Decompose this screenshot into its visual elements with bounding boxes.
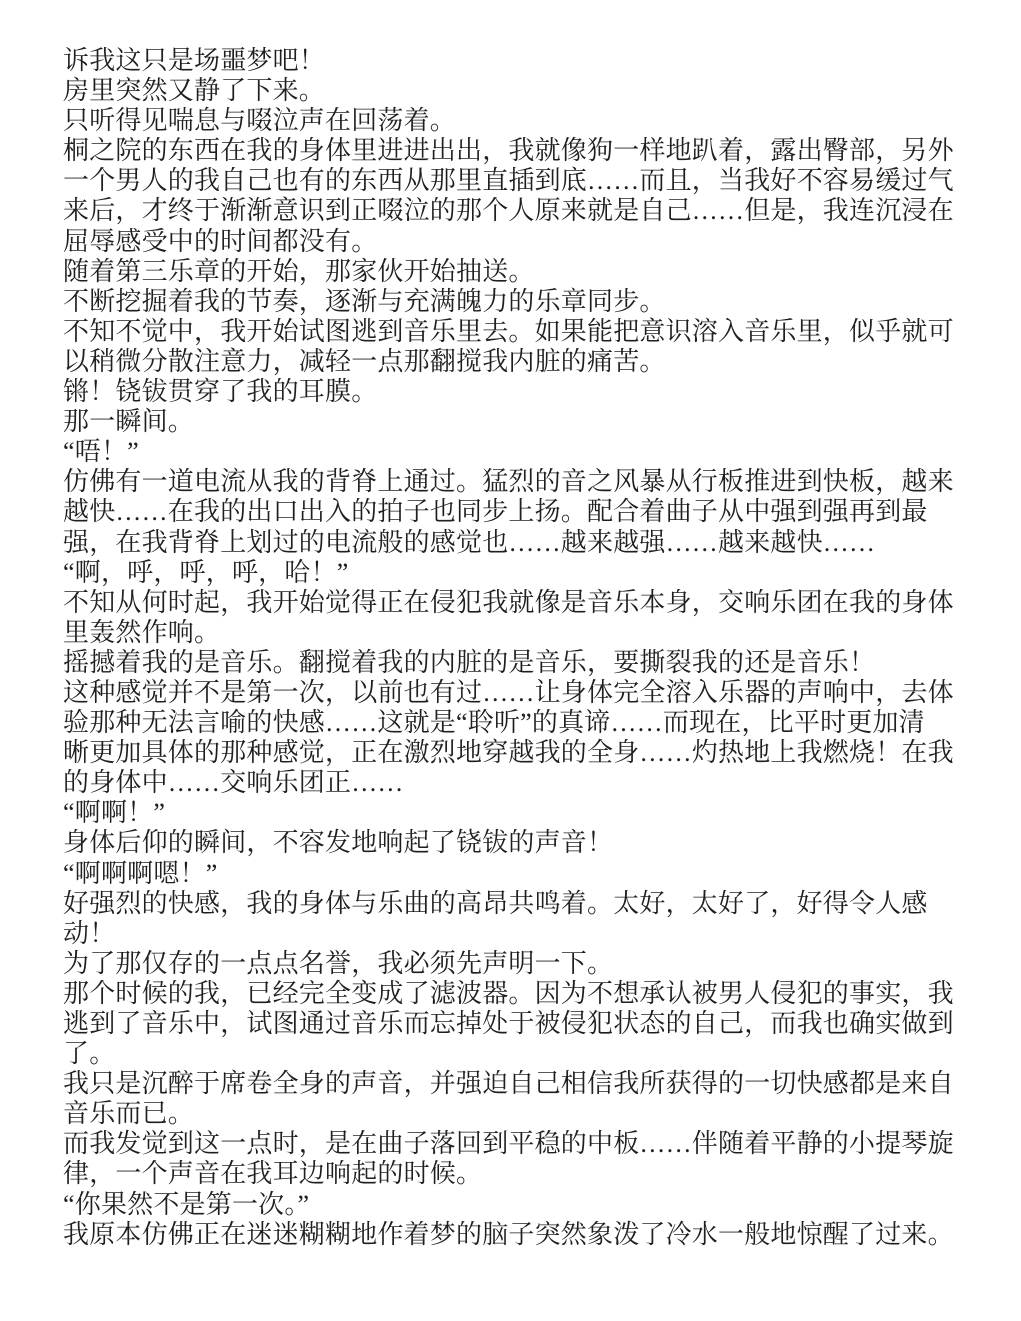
text-line: 一个男人的我自己也有的东西从那里直插到底……而且，当我好不容易缓过气 (63, 166, 973, 196)
text-line: “啊啊！” (63, 798, 973, 828)
text-line: 里轰然作响。 (63, 618, 973, 648)
text-line: 了。 (63, 1039, 973, 1069)
text-line: 随着第三乐章的开始，那家伙开始抽送。 (63, 257, 973, 287)
text-line: 来后，才终于渐渐意识到正啜泣的那个人原来就是自己……但是，我连沉浸在 (63, 196, 973, 226)
text-line: 律，一个声音在我耳边响起的时候。 (63, 1159, 973, 1189)
text-line: “啊，呼，呼，呼，哈！” (63, 558, 973, 588)
text-line: 动！ (63, 919, 973, 949)
text-line: 音乐而已。 (63, 1099, 973, 1129)
text-line: 那个时候的我，已经完全变成了滤波器。因为不想承认被男人侵犯的事实，我 (63, 979, 973, 1009)
text-line: 为了那仅存的一点点名誉，我必须先声明一下。 (63, 949, 973, 979)
text-line: 这种感觉并不是第一次，以前也有过……让身体完全溶入乐器的声响中，去体 (63, 678, 973, 708)
text-line: 不知从何时起，我开始觉得正在侵犯我就像是音乐本身，交响乐团在我的身体 (63, 588, 973, 618)
text-line: 屈辱感受中的时间都没有。 (63, 227, 973, 257)
text-line: 我只是沉醉于席卷全身的声音，并强迫自己相信我所获得的一切快感都是来自 (63, 1069, 973, 1099)
text-line: “啊啊啊嗯！” (63, 859, 973, 889)
text-line: 晰更加具体的那种感觉，正在激烈地穿越我的全身……灼热地上我燃烧！在我 (63, 738, 973, 768)
text-line: 身体后仰的瞬间，不容发地响起了铙钹的声音！ (63, 828, 973, 858)
novel-text-block: 诉我这只是场噩梦吧！房里突然又静了下来。只听得见喘息与啜泣声在回荡着。桐之院的东… (63, 46, 973, 1250)
text-line: “唔！” (63, 437, 973, 467)
text-line: 摇撼着我的是音乐。翻搅着我的内脏的是音乐，要撕裂我的还是音乐！ (63, 648, 973, 678)
text-line: 不知不觉中，我开始试图逃到音乐里去。如果能把意识溶入音乐里，似乎就可 (63, 317, 973, 347)
text-line: 我原本仿佛正在迷迷糊糊地作着梦的脑子突然象泼了冷水一般地惊醒了过来。 (63, 1220, 973, 1250)
text-line: 好强烈的快感，我的身体与乐曲的高昂共鸣着。太好，太好了，好得令人感 (63, 889, 973, 919)
text-line: 那一瞬间。 (63, 407, 973, 437)
text-line: 仿佛有一道电流从我的背脊上通过。猛烈的音之风暴从行板推进到快板，越来 (63, 467, 973, 497)
text-line: 强，在我背脊上划过的电流般的感觉也……越来越强……越来越快…… (63, 528, 973, 558)
text-line: 房里突然又静了下来。 (63, 76, 973, 106)
text-line: 诉我这只是场噩梦吧！ (63, 46, 973, 76)
text-line: 验那种无法言喻的快感……这就是“聆听”的真谛……而现在，比平时更加清 (63, 708, 973, 738)
text-line: 越快……在我的出口出入的拍子也同步上扬。配合着曲子从中强到强再到最 (63, 497, 973, 527)
text-line: 的身体中……交响乐团正…… (63, 768, 973, 798)
text-line: 而我发觉到这一点时，是在曲子落回到平稳的中板……伴随着平静的小提琴旋 (63, 1129, 973, 1159)
text-line: 只听得见喘息与啜泣声在回荡着。 (63, 106, 973, 136)
text-line: 以稍微分散注意力，减轻一点那翻搅我内脏的痛苦。 (63, 347, 973, 377)
text-line: 锵！铙钹贯穿了我的耳膜。 (63, 377, 973, 407)
document-page: 诉我这只是场噩梦吧！房里突然又静了下来。只听得见喘息与啜泣声在回荡着。桐之院的东… (0, 0, 1021, 1321)
text-line: 不断挖掘着我的节奏，逐渐与充满魄力的乐章同步。 (63, 287, 973, 317)
text-line: 逃到了音乐中，试图通过音乐而忘掉处于被侵犯状态的自己，而我也确实做到 (63, 1009, 973, 1039)
text-line: “你果然不是第一次。” (63, 1190, 973, 1220)
text-line: 桐之院的东西在我的身体里进进出出，我就像狗一样地趴着，露出臀部，另外 (63, 136, 973, 166)
